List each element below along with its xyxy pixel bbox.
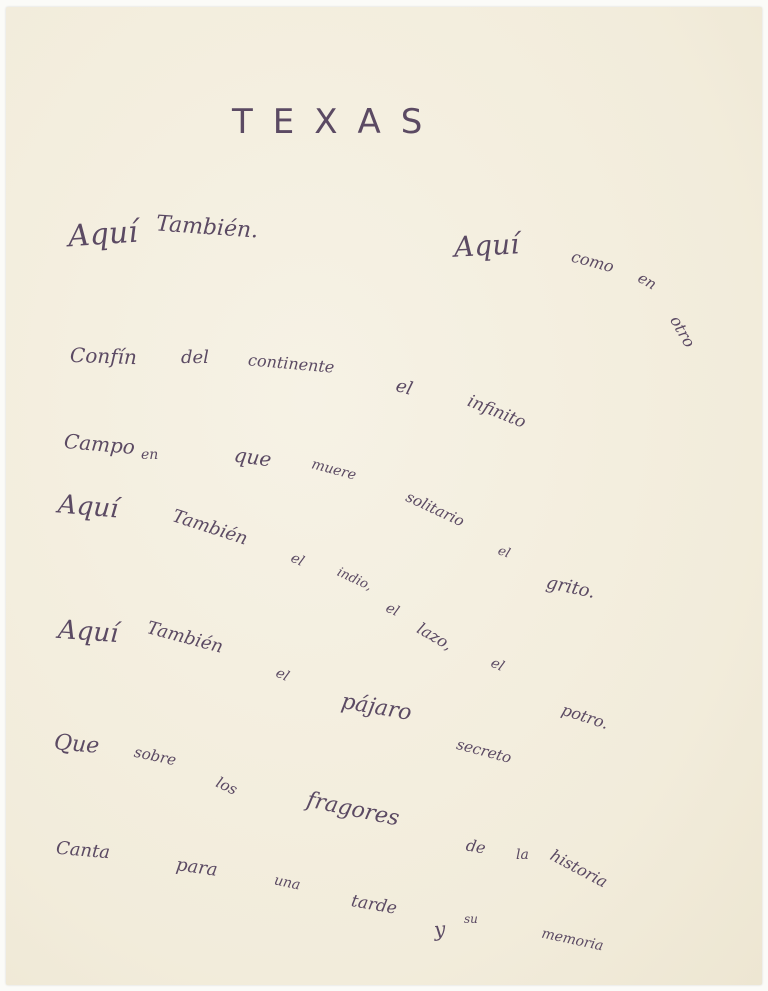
line-6-word-3: los (213, 773, 240, 798)
line-1-word-3: Aquí (453, 227, 520, 263)
line-2-word-4: el (394, 375, 415, 400)
line-1-word-5: en (635, 269, 660, 294)
line-7-word-6: su (464, 912, 478, 926)
line-5-word-4: pájaro (339, 689, 413, 726)
line-6-word-4: fragores (304, 788, 401, 832)
line-7-word-3: una (273, 872, 302, 893)
line-3-word-1: Campo (63, 429, 136, 459)
line-6-word-7: historia (547, 846, 611, 892)
line-2-word-5: infinito (464, 391, 528, 432)
line-4-word-7: el (488, 655, 506, 675)
line-1-word-1: Aquí (67, 215, 139, 255)
line-3-word-3: que (233, 443, 274, 472)
line-3-word-6: el (496, 543, 512, 561)
line-4-word-6: lazo, (414, 619, 456, 654)
line-6-word-2: sobre (133, 743, 178, 769)
line-4-word-4: indio, (335, 565, 375, 594)
line-5-word-5: secreto (455, 735, 514, 767)
line-4-word-5: el (383, 600, 401, 620)
line-7-word-4: tarde (350, 891, 399, 919)
line-1-word-6: otro (666, 312, 699, 350)
line-4-word-3: el (288, 550, 306, 570)
line-6-word-6: la (516, 847, 529, 863)
line-7-word-7: memoria (540, 926, 605, 955)
line-4-word-1: Aquí (57, 489, 120, 524)
line-2-word-1: Confín (70, 343, 138, 369)
line-5-word-1: Aquí (57, 615, 119, 649)
line-2-word-2: del (181, 347, 209, 368)
line-4-word-8: potro. (559, 700, 611, 733)
line-2-word-3: continente (247, 350, 335, 376)
line-4-word-2: También (170, 505, 251, 549)
line-7-word-1: Canta (55, 838, 111, 864)
line-6-word-1: Que (53, 730, 100, 759)
line-7-word-2: para (175, 854, 219, 881)
line-1-word-2: También. (155, 211, 259, 243)
line-7-word-5: y (433, 917, 446, 942)
line-3-word-7: grito. (544, 572, 597, 603)
line-3-word-2: en (141, 447, 158, 463)
manuscript-page: TEXAS Aquí También. Aquí como en otro Co… (6, 7, 762, 985)
line-1-word-4: como (569, 247, 616, 277)
line-6-word-5: de (465, 835, 488, 857)
line-3-word-5: solitario (403, 488, 467, 531)
poem-title: TEXAS (232, 102, 442, 142)
line-3-word-4: muere (310, 456, 358, 483)
line-5-word-3: el (273, 665, 291, 685)
line-5-word-2: También (145, 617, 226, 657)
